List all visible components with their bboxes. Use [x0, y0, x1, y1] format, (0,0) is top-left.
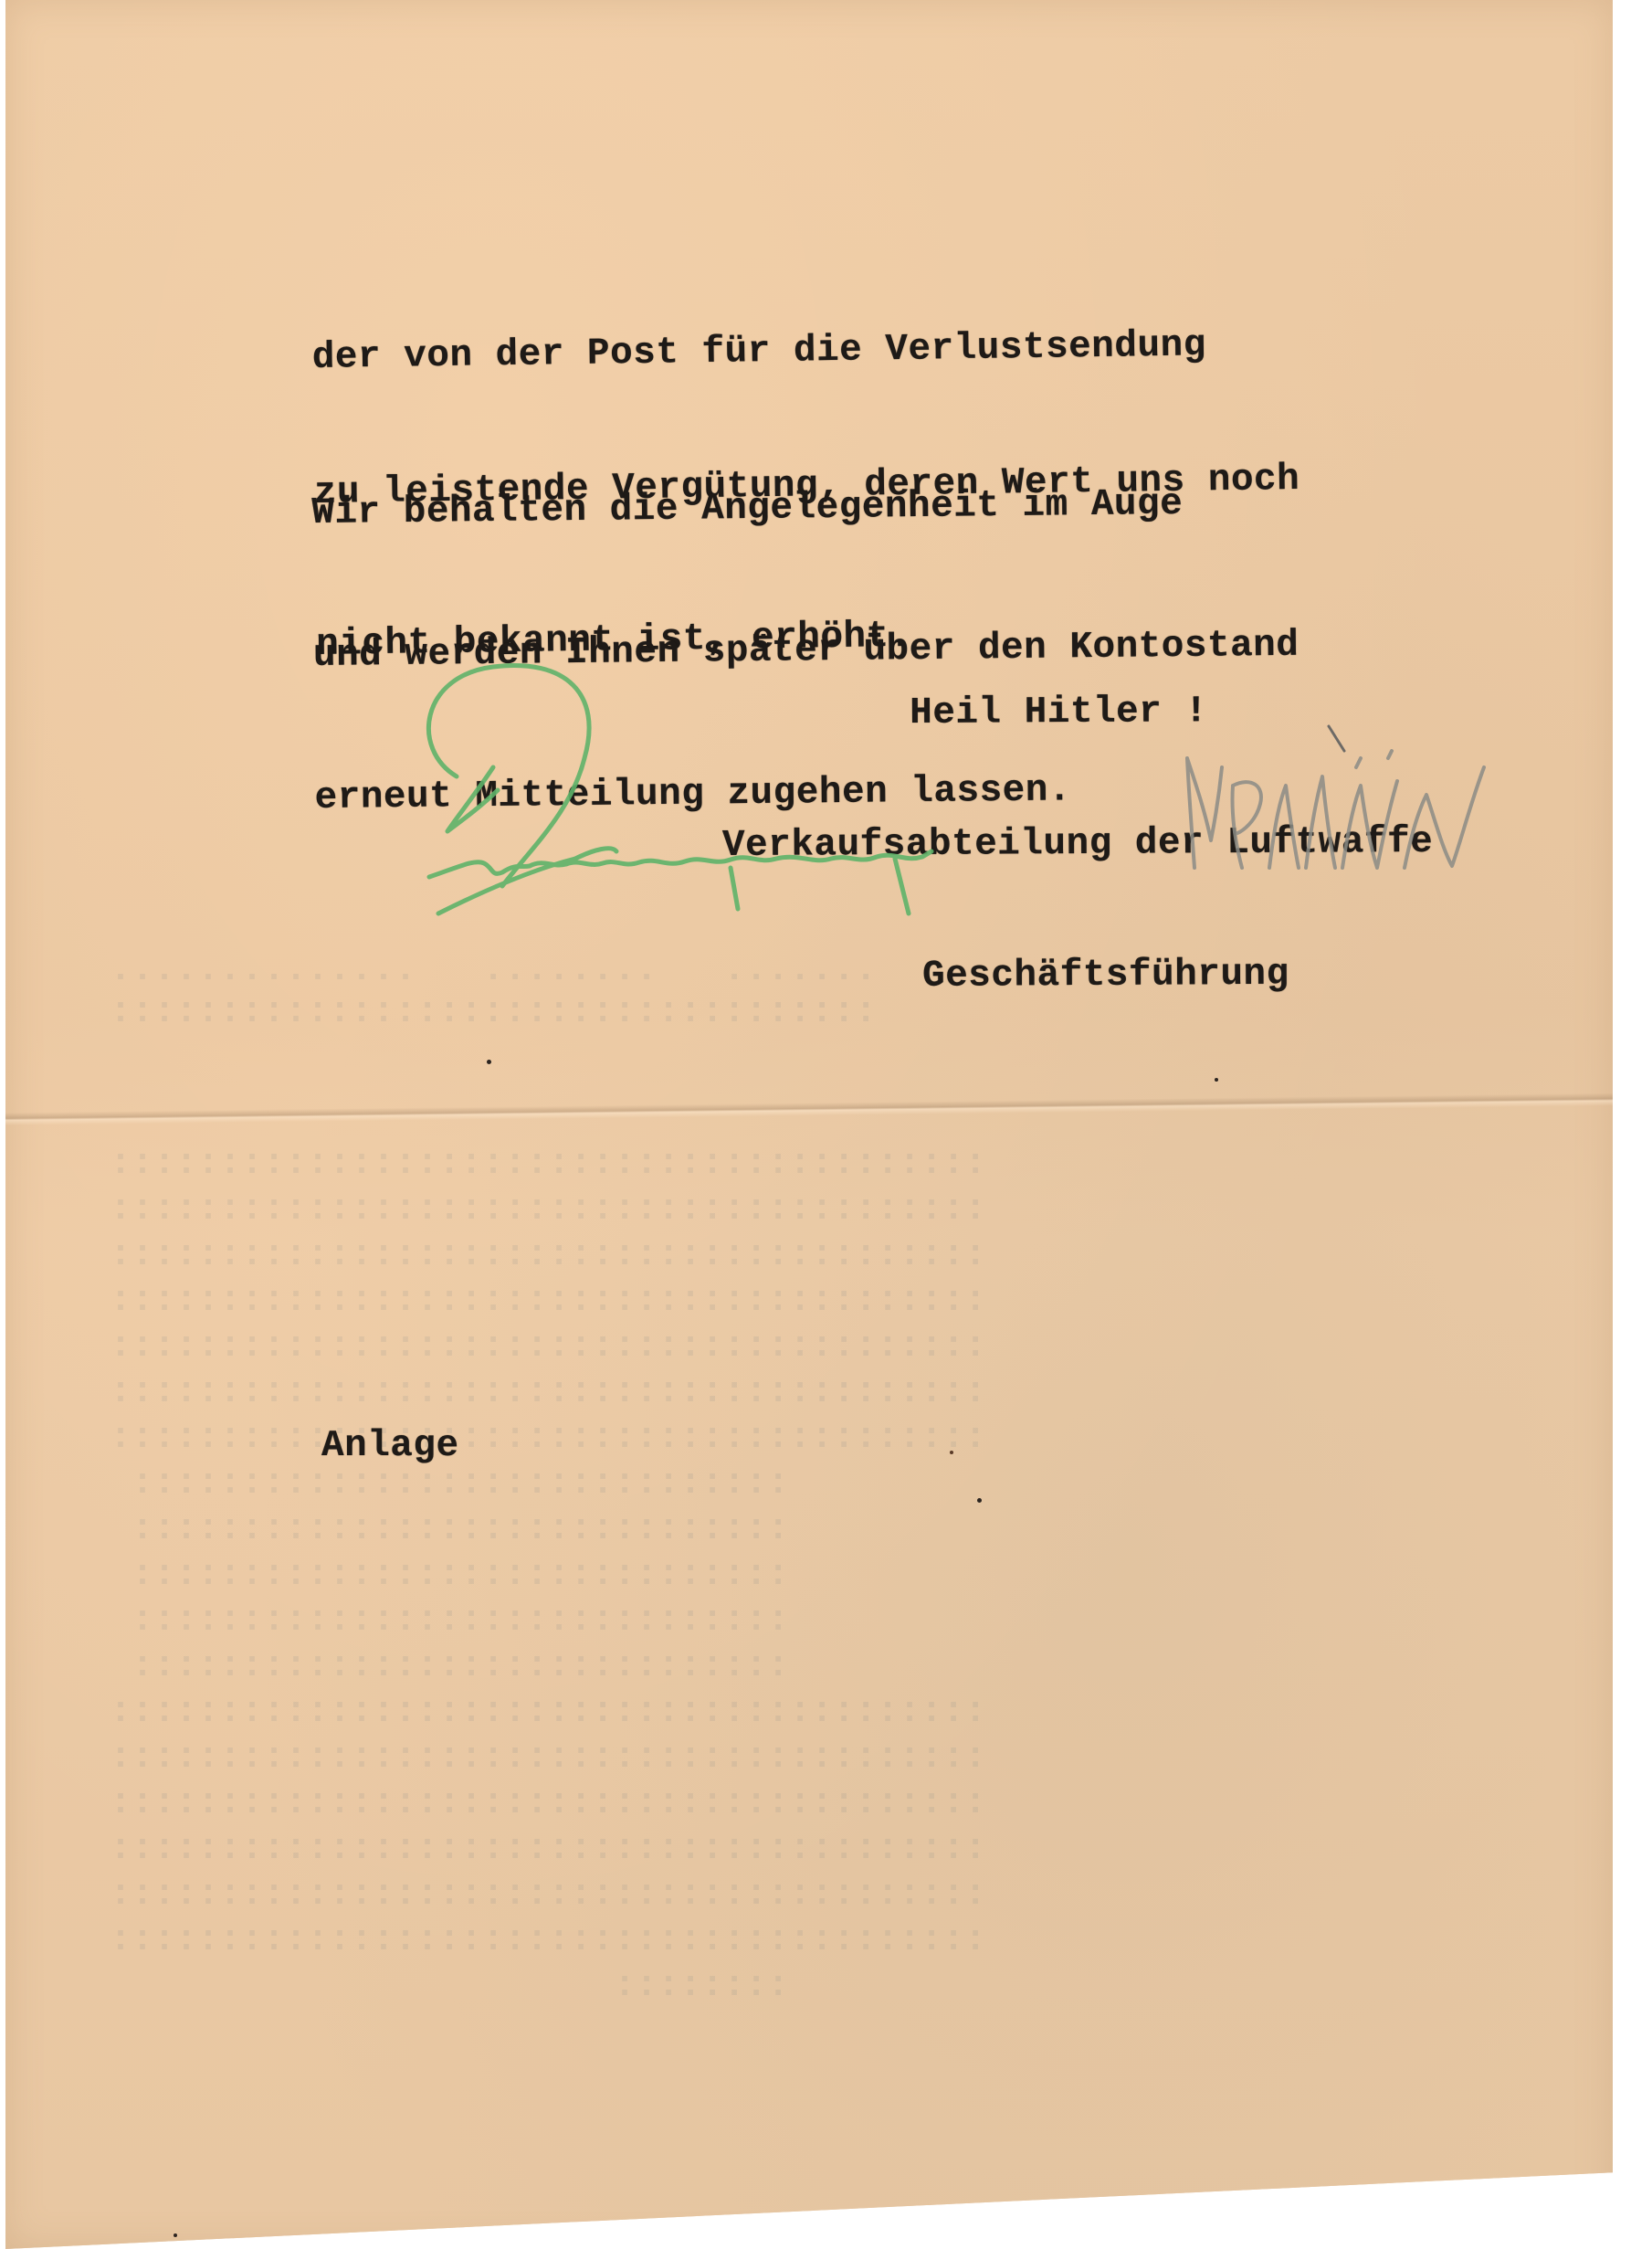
bleed-through-text: ::::::::::::::::::::::::::::::::::::::::… [110, 1142, 986, 2010]
body-line: der von der Post für die Verlustsendung [311, 321, 1298, 382]
enclosure-label: Anlage [321, 1425, 459, 1467]
body-line: Wir behalten die Angelegenheit im Auge [311, 480, 1298, 537]
paper-speck [950, 1451, 953, 1454]
closing-department: Geschäftsführung [640, 951, 1517, 999]
green-ink-signature [384, 639, 1205, 932]
paper-speck [1215, 1078, 1218, 1082]
paper-speck [977, 1498, 982, 1503]
paper-speck [174, 2233, 177, 2237]
paper-speck [487, 1060, 491, 1064]
pencil-tick-mark [1324, 722, 1352, 758]
